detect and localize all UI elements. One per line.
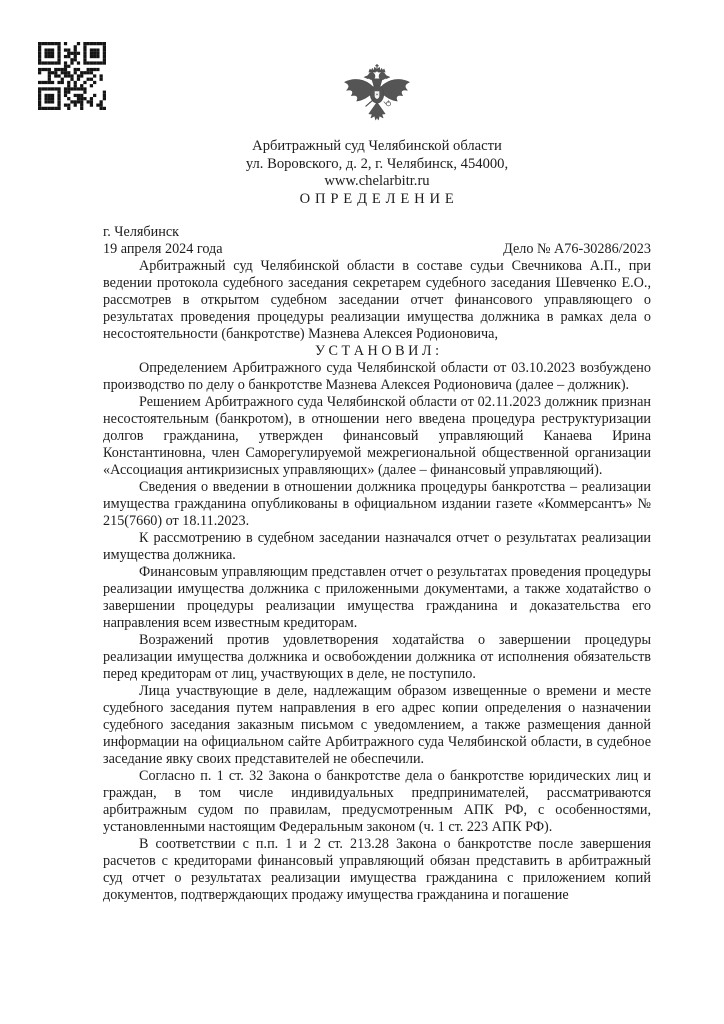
court-name: Арбитражный суд Челябинской области — [103, 138, 651, 156]
city-line: г. Челябинск — [103, 224, 651, 241]
ruling-heading: У С Т А Н О В И Л : — [103, 343, 651, 360]
case-info: г. Челябинск 19 апреля 2024 года Дело № … — [103, 224, 651, 258]
body-paragraph-6: Возражений против удовлетворения ходатай… — [103, 632, 651, 683]
qr-code-icon — [38, 42, 106, 110]
court-address: ул. Воровского, д. 2, г. Челябинск, 4540… — [103, 156, 651, 174]
document-page: Арбитражный суд Челябинской области ул. … — [0, 0, 724, 1024]
body-paragraph-8: Согласно п. 1 ст. 32 Закона о банкротств… — [103, 768, 651, 836]
body-paragraph-3: Сведения о введении в отношении должника… — [103, 479, 651, 530]
case-number: Дело № А76-30286/2023 — [503, 241, 651, 258]
body-paragraph-4: К рассмотрению в судебном заседании назн… — [103, 530, 651, 564]
body-paragraph-5: Финансовым управляющим представлен отчет… — [103, 564, 651, 632]
document-content: Арбитражный суд Челябинской области ул. … — [103, 62, 651, 904]
russia-coat-of-arms-icon — [334, 64, 420, 134]
body-paragraph-1: Определением Арбитражного суда Челябинск… — [103, 360, 651, 394]
intro-paragraph: Арбитражный суд Челябинской области в со… — [103, 258, 651, 343]
body-paragraph-9: В соответствии с п.п. 1 и 2 ст. 213.28 З… — [103, 836, 651, 904]
court-website: www.chelarbitr.ru — [103, 173, 651, 191]
body-paragraph-7: Лица участвующие в деле, надлежащим обра… — [103, 683, 651, 768]
document-type-title: О П Р Е Д Е Л Е Н И Е — [103, 191, 651, 209]
document-date: 19 апреля 2024 года — [103, 241, 223, 258]
body-paragraph-2: Решением Арбитражного суда Челябинской о… — [103, 394, 651, 479]
